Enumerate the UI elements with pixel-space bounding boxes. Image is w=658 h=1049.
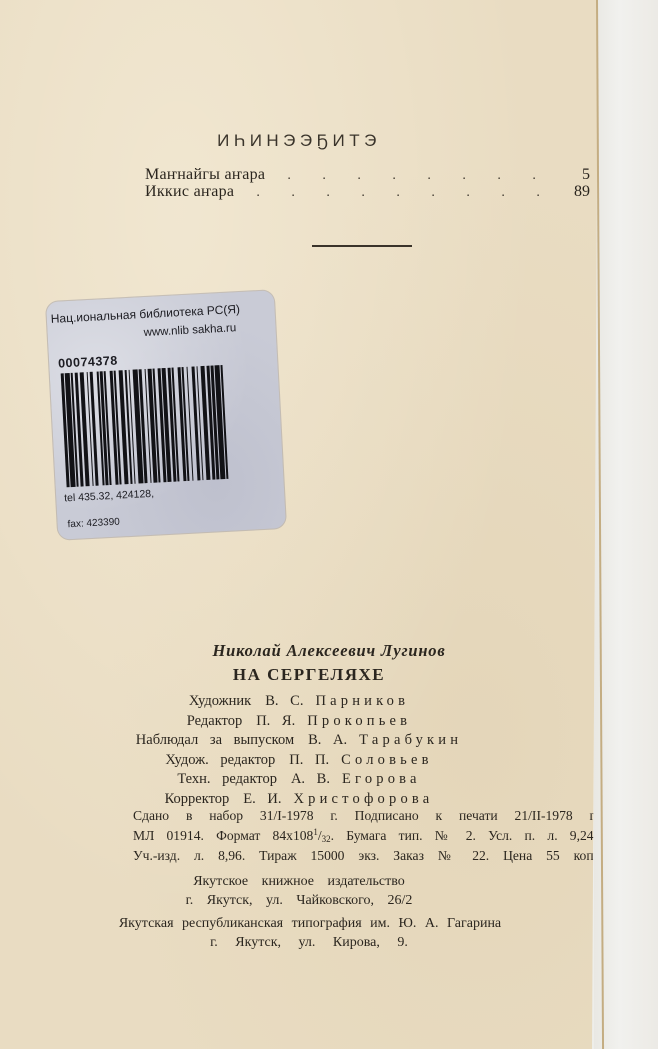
credit-surname: Соловьев — [341, 751, 433, 771]
production-line-3: Уч.-изд. л. 8,96. Тираж 15000 экз. Заказ… — [133, 846, 597, 866]
format-numerator: 1 — [313, 827, 318, 837]
printer-block: Якутская республиканская типография им. … — [0, 914, 598, 952]
publisher-block: Якутское книжное издательство г. Якутск,… — [0, 872, 598, 910]
toc-entry-label: Маҥнайгы аҥара — [145, 166, 265, 183]
credit-row: Наблюдал за выпуском В. А. Тарабукин — [0, 731, 598, 751]
book-page: ИҺИНЭЭҔИТЭ Маҥнайгы аҥара . . . . . . . … — [0, 0, 600, 1049]
library-sticker: Нац.иональная библиотека РС(Я) www.nlib … — [46, 290, 286, 540]
toc-entry-label: Иккис аҥара — [145, 183, 234, 200]
printer-name: Якутская республиканская типография им. … — [0, 914, 598, 933]
library-name: Нац.иональная библиотека РС(Я) — [50, 302, 240, 326]
credit-surname: Тарабукин — [359, 731, 462, 751]
printer-address: г. Якутск, ул. Кирова, 9. — [0, 933, 598, 952]
toc-entry-page: 5 — [568, 166, 590, 183]
toc-leader-dots: . . . . . . . . - — [287, 167, 564, 184]
library-fax: fax: 423390 — [67, 517, 120, 531]
credit-initials: В. А. — [308, 731, 347, 751]
library-url: www.nlib sakha.ru — [143, 322, 236, 339]
credit-row: Художник В. С. Парников — [0, 692, 598, 712]
credit-role: Худож. редактор — [165, 751, 275, 771]
barcode-icon — [61, 362, 277, 487]
publisher-name: Якутское книжное издательство — [0, 872, 598, 891]
credit-surname: Прокопьев — [307, 712, 411, 732]
credits-list: Художник В. С. Парников Редактор П. Я. П… — [0, 692, 598, 809]
credit-role: Редактор — [187, 712, 242, 732]
format-text: МЛ 01914. Формат 84x108 — [133, 828, 313, 843]
section-divider — [312, 245, 412, 247]
credit-row: Худож. редактор П. П. Соловьев — [0, 751, 598, 771]
table-of-contents: Маҥнайгы аҥара . . . . . . . . - 5 Иккис… — [145, 166, 590, 200]
toc-entry[interactable]: Маҥнайгы аҥара . . . . . . . . - 5 — [145, 166, 590, 183]
toc-entry[interactable]: Иккис аҥара . . . . . . . . . 89 — [145, 183, 590, 200]
production-line-2: МЛ 01914. Формат 84x1081/32. Бумага тип.… — [133, 826, 597, 846]
credit-initials: П. П. — [289, 751, 329, 771]
production-data: Сдано в набор 31/I-1978 г. Подписано к п… — [133, 806, 597, 866]
credit-role: Наблюдал за выпуском — [136, 731, 294, 751]
credit-role: Художник — [189, 692, 251, 712]
inventory-number: 00074378 — [58, 353, 118, 370]
credit-surname: Парников — [315, 692, 409, 712]
credit-role: Техн. редактор — [177, 770, 277, 790]
toc-leader-dots: . . . . . . . . . — [256, 184, 564, 201]
paper-text: . Бумага тип. № 2. Усл. п. л. 9,24. — [331, 828, 597, 843]
book-title: НА СЕРГЕЛЯХЕ — [10, 665, 608, 685]
publisher-address: г. Якутск, ул. Чайковского, 26/2 — [0, 891, 598, 910]
credit-initials: В. С. — [265, 692, 303, 712]
production-line-1: Сдано в набор 31/I-1978 г. Подписано к п… — [133, 806, 597, 826]
credit-initials: А. В. — [291, 770, 330, 790]
credit-row: Техн. редактор А. В. Егорова — [0, 770, 598, 790]
credit-row: Редактор П. Я. Прокопьев — [0, 712, 598, 732]
scan-margin — [594, 0, 658, 1049]
toc-title: ИҺИНЭЭҔИТЭ — [0, 131, 598, 151]
format-denominator: 32 — [322, 834, 331, 844]
credit-surname: Егорова — [342, 770, 421, 790]
toc-entry-page: 89 — [568, 183, 590, 200]
library-tel: tel 435.32, 424128, — [64, 488, 154, 505]
credit-initials: П. Я. — [256, 712, 295, 732]
author-name: Николай Алексеевич Лугинов — [30, 641, 628, 661]
